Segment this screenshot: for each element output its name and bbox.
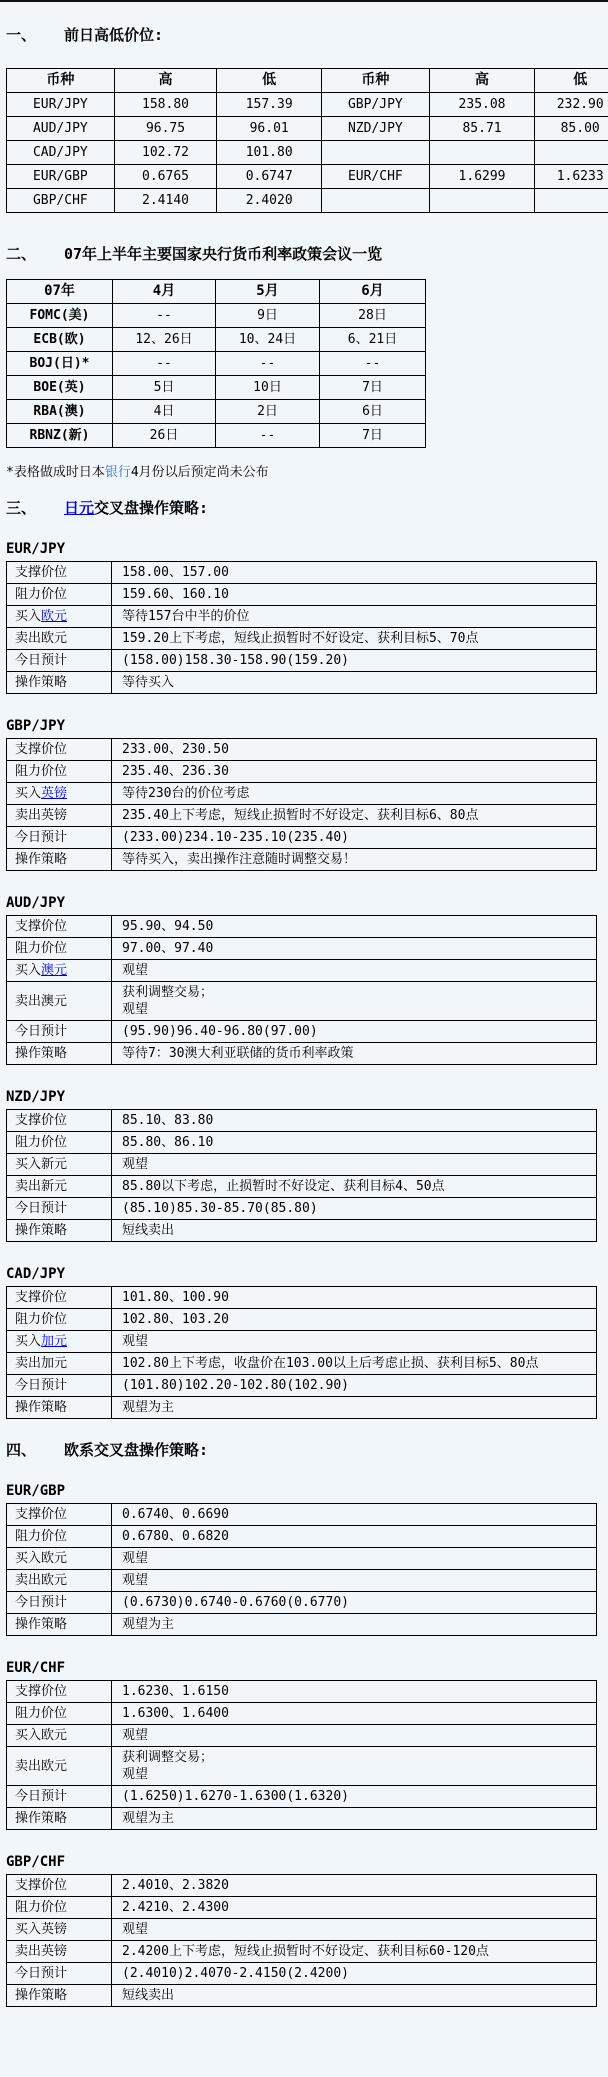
row-label: 今日预计 bbox=[7, 1963, 112, 1985]
column-header: 4月 bbox=[113, 280, 216, 304]
currency-link[interactable]: 澳元 bbox=[41, 963, 67, 978]
table-cell: -- bbox=[216, 424, 320, 448]
strategy-section-eur-chf: EUR/CHF支撑价位1.6230、1.6150阻力价位1.6300、1.640… bbox=[6, 1660, 608, 1830]
row-label: 买入澳元 bbox=[7, 960, 112, 982]
row-value: 观望 bbox=[112, 1331, 597, 1353]
row-value: 85.80以下考虑，止损暂时不好设定、获利目标4、50点 bbox=[112, 1176, 597, 1198]
table-cell: 28日 bbox=[320, 304, 426, 328]
row-label: 操作策略 bbox=[7, 672, 112, 694]
header-row: 07年4月5月6月 bbox=[7, 280, 426, 304]
row-value: 观望为主 bbox=[112, 1397, 597, 1419]
row-label: 阻力价位 bbox=[7, 1703, 112, 1725]
section-number: 一、 bbox=[6, 26, 64, 44]
pair-title: GBP/CHF bbox=[6, 1854, 608, 1870]
strategy-row: 买入英镑等待230台的价位考虑 bbox=[7, 783, 597, 805]
row-label: 今日预计 bbox=[7, 1592, 112, 1614]
table-cell: ECB(欧) bbox=[7, 328, 113, 352]
row-value: 短线卖出 bbox=[112, 1220, 597, 1242]
table-cell: RBA(澳) bbox=[7, 400, 113, 424]
row-label: 操作策略 bbox=[7, 1808, 112, 1830]
row-label: 支撑价位 bbox=[7, 1681, 112, 1703]
strategy-row: 今日预计(0.6730)0.6740-0.6760(0.6770) bbox=[7, 1592, 597, 1614]
row-value: 观望 bbox=[112, 1548, 597, 1570]
strategy-row: 卖出澳元获利调整交易； 观望 bbox=[7, 982, 597, 1021]
strategy-row: 支撑价位101.80、100.90 bbox=[7, 1287, 597, 1309]
row-value: 获利调整交易； 观望 bbox=[112, 982, 597, 1021]
column-header: 07年 bbox=[7, 280, 113, 304]
strategy-row: 操作策略等待7：30澳大利亚联储的货币利率政策 bbox=[7, 1043, 597, 1065]
row-label: 支撑价位 bbox=[7, 1504, 112, 1526]
table-cell bbox=[535, 189, 608, 213]
strategy-row: 卖出新元85.80以下考虑，止损暂时不好设定、获利目标4、50点 bbox=[7, 1176, 597, 1198]
header-row: 币种高低币种高低 bbox=[7, 69, 608, 93]
table-row: GBP/CHF2.41402.4020 bbox=[7, 189, 608, 213]
row-value: 观望 bbox=[112, 1154, 597, 1176]
table-cell: 1.6299 bbox=[429, 165, 535, 189]
row-label: 卖出新元 bbox=[7, 1176, 112, 1198]
strategy-row: 买入欧元观望 bbox=[7, 1725, 597, 1747]
strategy-row: 操作策略观望为主 bbox=[7, 1614, 597, 1636]
table-row: EUR/GBP0.67650.6747EUR/CHF1.62991.6233 bbox=[7, 165, 608, 189]
row-value: (233.00)234.10-235.10(235.40) bbox=[112, 827, 597, 849]
row-value: 102.80、103.20 bbox=[112, 1309, 597, 1331]
row-value: (0.6730)0.6740-0.6760(0.6770) bbox=[112, 1592, 597, 1614]
row-value: 85.80、86.10 bbox=[112, 1132, 597, 1154]
table-cell bbox=[429, 189, 535, 213]
strategy-row: 卖出欧元观望 bbox=[7, 1570, 597, 1592]
table-row: BOE(英)5日10日7日 bbox=[7, 376, 426, 400]
table-cell: EUR/GBP bbox=[7, 165, 115, 189]
table-cell: 232.90 bbox=[535, 93, 608, 117]
section-number: 二、 bbox=[6, 245, 64, 263]
strategy-section-nzd-jpy: NZD/JPY支撑价位85.10、83.80阻力价位85.80、86.10买入新… bbox=[6, 1089, 608, 1242]
row-value: 观望为主 bbox=[112, 1808, 597, 1830]
table-cell: 96.75 bbox=[114, 117, 217, 141]
strategy-row: 今日预计(2.4010)2.4070-2.4150(2.4200) bbox=[7, 1963, 597, 1985]
row-label: 今日预计 bbox=[7, 1021, 112, 1043]
table-cell: 7日 bbox=[320, 376, 426, 400]
strategy-row: 阻力价位235.40、236.30 bbox=[7, 761, 597, 783]
section-number: 三、 bbox=[6, 499, 64, 517]
row-label: 阻力价位 bbox=[7, 1309, 112, 1331]
table-cell: 5日 bbox=[113, 376, 216, 400]
table-cell: BOJ(日)* bbox=[7, 352, 113, 376]
strategy-table: 支撑价位158.00、157.00阻力价位159.60、160.10买入欧元等待… bbox=[6, 561, 597, 694]
strategy-row: 今日预计(233.00)234.10-235.10(235.40) bbox=[7, 827, 597, 849]
table-cell: -- bbox=[113, 304, 216, 328]
strategy-row: 支撑价位1.6230、1.6150 bbox=[7, 1681, 597, 1703]
table-row: EUR/JPY158.80157.39GBP/JPY235.08232.90 bbox=[7, 93, 608, 117]
strategy-row: 阻力价位1.6300、1.6400 bbox=[7, 1703, 597, 1725]
row-value: 101.80、100.90 bbox=[112, 1287, 597, 1309]
table-cell: -- bbox=[320, 352, 426, 376]
column-header: 低 bbox=[217, 69, 322, 93]
strategy-table-body: 支撑价位101.80、100.90阻力价位102.80、103.20买入加元观望… bbox=[7, 1287, 597, 1419]
strategy-row: 今日预计(1.6250)1.6270-1.6300(1.6320) bbox=[7, 1786, 597, 1808]
table-row: CAD/JPY102.72101.80 bbox=[7, 141, 608, 165]
row-value: 观望 bbox=[112, 1725, 597, 1747]
section-title-prev-high-low: 一、前日高低价位: bbox=[6, 26, 608, 44]
column-header: 币种 bbox=[322, 69, 430, 93]
row-value: 158.00、157.00 bbox=[112, 562, 597, 584]
strategy-row: 阻力价位97.00、97.40 bbox=[7, 938, 597, 960]
row-value: 2.4200上下考虑，短线止损暂时不好设定、获利目标60-120点 bbox=[112, 1941, 597, 1963]
strategy-row: 操作策略等待买入，卖出操作注意随时调整交易！ bbox=[7, 849, 597, 871]
column-header: 币种 bbox=[7, 69, 115, 93]
row-value: 等待买入，卖出操作注意随时调整交易！ bbox=[112, 849, 597, 871]
strategy-row: 操作策略观望为主 bbox=[7, 1397, 597, 1419]
table-cell: RBNZ(新) bbox=[7, 424, 113, 448]
row-label: 今日预计 bbox=[7, 1786, 112, 1808]
pair-title: EUR/JPY bbox=[6, 541, 608, 557]
row-value: 短线卖出 bbox=[112, 1985, 597, 2007]
row-value: 159.20上下考虑，短线止损暂时不好设定、获利目标5、70点 bbox=[112, 628, 597, 650]
strategy-table: 支撑价位85.10、83.80阻力价位85.80、86.10买入新元观望卖出新元… bbox=[6, 1109, 597, 1242]
strategy-row: 支撑价位95.90、94.50 bbox=[7, 916, 597, 938]
row-value: 235.40上下考虑，短线止损暂时不好设定、获利目标6、80点 bbox=[112, 805, 597, 827]
strategy-table-body: 支撑价位2.4010、2.3820阻力价位2.4210、2.4300买入英镑观望… bbox=[7, 1875, 597, 2007]
row-value: (158.00)158.30-158.90(159.20) bbox=[112, 650, 597, 672]
strategy-row: 阻力价位85.80、86.10 bbox=[7, 1132, 597, 1154]
strategy-row: 买入欧元观望 bbox=[7, 1548, 597, 1570]
row-label: 卖出欧元 bbox=[7, 628, 112, 650]
table-cell: 4日 bbox=[113, 400, 216, 424]
table-cell: EUR/JPY bbox=[7, 93, 115, 117]
note-suffix: 4月份以后预定尚未公布 bbox=[131, 465, 269, 480]
row-value: (101.80)102.20-102.80(102.90) bbox=[112, 1375, 597, 1397]
row-label: 买入新元 bbox=[7, 1154, 112, 1176]
row-label: 操作策略 bbox=[7, 1985, 112, 2007]
row-label: 阻力价位 bbox=[7, 1132, 112, 1154]
row-value: 1.6230、1.6150 bbox=[112, 1681, 597, 1703]
boj-note: *表格做成时日本银行4月份以后预定尚未公布 bbox=[6, 464, 608, 481]
strategy-row: 操作策略等待买入 bbox=[7, 672, 597, 694]
forex-daily-report: 一、前日高低价位: 币种高低币种高低EUR/JPY158.80157.39GBP… bbox=[0, 2, 608, 2007]
table-cell bbox=[322, 189, 430, 213]
row-label: 买入欧元 bbox=[7, 1725, 112, 1747]
strategy-table-body: 支撑价位158.00、157.00阻力价位159.60、160.10买入欧元等待… bbox=[7, 562, 597, 694]
table-cell: 85.00 bbox=[535, 117, 608, 141]
table-cell: 102.72 bbox=[114, 141, 217, 165]
strategy-table: 支撑价位95.90、94.50阻力价位97.00、97.40买入澳元观望卖出澳元… bbox=[6, 915, 597, 1065]
strategy-table-body: 支撑价位233.00、230.50阻力价位235.40、236.30买入英镑等待… bbox=[7, 739, 597, 871]
column-header: 5月 bbox=[216, 280, 320, 304]
row-value: 等待7：30澳大利亚联储的货币利率政策 bbox=[112, 1043, 597, 1065]
table-cell: -- bbox=[216, 352, 320, 376]
strategy-table-body: 支撑价位1.6230、1.6150阻力价位1.6300、1.6400买入欧元观望… bbox=[7, 1681, 597, 1830]
row-value: 等待买入 bbox=[112, 672, 597, 694]
row-label: 操作策略 bbox=[7, 1614, 112, 1636]
strategy-table: 支撑价位2.4010、2.3820阻力价位2.4210、2.4300买入英镑观望… bbox=[6, 1874, 597, 2007]
strategy-section-cad-jpy: CAD/JPY支撑价位101.80、100.90阻力价位102.80、103.2… bbox=[6, 1266, 608, 1419]
section-title-cb-meetings: 二、07年上半年主要国家央行货币利率政策会议一览 bbox=[6, 245, 608, 263]
row-label: 支撑价位 bbox=[7, 1110, 112, 1132]
table-cell: 26日 bbox=[113, 424, 216, 448]
currency-link[interactable]: 加元 bbox=[41, 1334, 67, 1349]
pair-title: NZD/JPY bbox=[6, 1089, 608, 1105]
row-label: 买入欧元 bbox=[7, 1548, 112, 1570]
strategy-row: 支撑价位85.10、83.80 bbox=[7, 1110, 597, 1132]
table-cell: 2.4020 bbox=[217, 189, 322, 213]
strategy-row: 今日预计(158.00)158.30-158.90(159.20) bbox=[7, 650, 597, 672]
bank-link[interactable]: 银行 bbox=[105, 465, 131, 480]
strategy-row: 卖出英镑235.40上下考虑，短线止损暂时不好设定、获利目标6、80点 bbox=[7, 805, 597, 827]
table-cell: BOE(英) bbox=[7, 376, 113, 400]
row-label: 支撑价位 bbox=[7, 562, 112, 584]
column-header: 6月 bbox=[320, 280, 426, 304]
row-label: 今日预计 bbox=[7, 650, 112, 672]
table-cell: 85.71 bbox=[429, 117, 535, 141]
strategy-row: 买入加元观望 bbox=[7, 1331, 597, 1353]
row-label: 操作策略 bbox=[7, 1220, 112, 1242]
strategy-row: 阻力价位102.80、103.20 bbox=[7, 1309, 597, 1331]
table-cell: 235.08 bbox=[429, 93, 535, 117]
strategy-row: 操作策略观望为主 bbox=[7, 1808, 597, 1830]
table-cell: 2日 bbox=[216, 400, 320, 424]
strategy-row: 支撑价位233.00、230.50 bbox=[7, 739, 597, 761]
row-value: 85.10、83.80 bbox=[112, 1110, 597, 1132]
row-value: 0.6780、0.6820 bbox=[112, 1526, 597, 1548]
strategy-row: 买入英镑观望 bbox=[7, 1919, 597, 1941]
section-title-text: 交叉盘操作策略: bbox=[94, 499, 208, 517]
strategy-row: 卖出加元102.80上下考虑，收盘价在103.00以上后考虑止损、获利目标5、8… bbox=[7, 1353, 597, 1375]
row-label: 阻力价位 bbox=[7, 1526, 112, 1548]
section-title-text: 07年上半年主要国家央行货币利率政策会议一览 bbox=[64, 245, 382, 263]
strategy-section-eur-gbp: EUR/GBP支撑价位0.6740、0.6690阻力价位0.6780、0.682… bbox=[6, 1483, 608, 1636]
row-value: 235.40、236.30 bbox=[112, 761, 597, 783]
pair-title: GBP/JPY bbox=[6, 718, 608, 734]
row-label: 支撑价位 bbox=[7, 1287, 112, 1309]
row-value: 159.60、160.10 bbox=[112, 584, 597, 606]
table-cell: 1.6233 bbox=[535, 165, 608, 189]
table-cell: GBP/JPY bbox=[322, 93, 430, 117]
pair-title: EUR/GBP bbox=[6, 1483, 608, 1499]
strategy-section-gbp-jpy: GBP/JPY支撑价位233.00、230.50阻力价位235.40、236.3… bbox=[6, 718, 608, 871]
table-cell bbox=[429, 141, 535, 165]
table-row: RBNZ(新)26日--7日 bbox=[7, 424, 426, 448]
row-value: 观望为主 bbox=[112, 1614, 597, 1636]
row-value: 233.00、230.50 bbox=[112, 739, 597, 761]
strategy-row: 阻力价位159.60、160.10 bbox=[7, 584, 597, 606]
pair-title: EUR/CHF bbox=[6, 1660, 608, 1676]
row-label: 买入加元 bbox=[7, 1331, 112, 1353]
table-cell: NZD/JPY bbox=[322, 117, 430, 141]
row-value: 等待230台的价位考虑 bbox=[112, 783, 597, 805]
row-label: 支撑价位 bbox=[7, 739, 112, 761]
row-value: 等待157台中半的价位 bbox=[112, 606, 597, 628]
table-cell: 10日 bbox=[216, 376, 320, 400]
row-value: 1.6300、1.6400 bbox=[112, 1703, 597, 1725]
row-label: 买入欧元 bbox=[7, 606, 112, 628]
column-header: 高 bbox=[114, 69, 217, 93]
row-value: 0.6740、0.6690 bbox=[112, 1504, 597, 1526]
price-table-body: 币种高低币种高低EUR/JPY158.80157.39GBP/JPY235.08… bbox=[7, 69, 608, 213]
section-number: 四、 bbox=[6, 1441, 64, 1459]
strategy-row: 卖出英镑2.4200上下考虑，短线止损暂时不好设定、获利目标60-120点 bbox=[7, 1941, 597, 1963]
table-row: FOMC(美)--9日28日 bbox=[7, 304, 426, 328]
pair-title: AUD/JPY bbox=[6, 895, 608, 911]
table-cell: FOMC(美) bbox=[7, 304, 113, 328]
table-row: ECB(欧)12、26日10、24日6、21日 bbox=[7, 328, 426, 352]
row-value: 观望 bbox=[112, 960, 597, 982]
strategy-row: 支撑价位2.4010、2.3820 bbox=[7, 1875, 597, 1897]
row-label: 操作策略 bbox=[7, 1397, 112, 1419]
table-cell: 0.6747 bbox=[217, 165, 322, 189]
table-cell: EUR/CHF bbox=[322, 165, 430, 189]
strategy-table-body: 支撑价位85.10、83.80阻力价位85.80、86.10买入新元观望卖出新元… bbox=[7, 1110, 597, 1242]
row-value: (1.6250)1.6270-1.6300(1.6320) bbox=[112, 1786, 597, 1808]
row-label: 卖出英镑 bbox=[7, 1941, 112, 1963]
table-cell: -- bbox=[113, 352, 216, 376]
section-title-eur-cross: 四、欧系交叉盘操作策略: bbox=[6, 1441, 608, 1459]
strategy-row: 卖出欧元获利调整交易； 观望 bbox=[7, 1747, 597, 1786]
row-label: 支撑价位 bbox=[7, 1875, 112, 1897]
strategy-row: 阻力价位2.4210、2.4300 bbox=[7, 1897, 597, 1919]
table-cell: 0.6765 bbox=[114, 165, 217, 189]
row-label: 操作策略 bbox=[7, 1043, 112, 1065]
table-cell: 101.80 bbox=[217, 141, 322, 165]
strategy-row: 阻力价位0.6780、0.6820 bbox=[7, 1526, 597, 1548]
table-cell: 158.80 bbox=[114, 93, 217, 117]
row-label: 买入英镑 bbox=[7, 1919, 112, 1941]
table-cell: 96.01 bbox=[217, 117, 322, 141]
row-value: 观望 bbox=[112, 1919, 597, 1941]
row-value: 获利调整交易； 观望 bbox=[112, 1747, 597, 1786]
meeting-table-body: 07年4月5月6月FOMC(美)--9日28日ECB(欧)12、26日10、24… bbox=[7, 280, 426, 448]
row-value: 2.4010、2.3820 bbox=[112, 1875, 597, 1897]
row-value: 97.00、97.40 bbox=[112, 938, 597, 960]
strategy-table-body: 支撑价位95.90、94.50阻力价位97.00、97.40买入澳元观望卖出澳元… bbox=[7, 916, 597, 1065]
strategy-row: 买入新元观望 bbox=[7, 1154, 597, 1176]
row-label: 卖出欧元 bbox=[7, 1570, 112, 1592]
table-cell: 157.39 bbox=[217, 93, 322, 117]
strategy-table: 支撑价位1.6230、1.6150阻力价位1.6300、1.6400买入欧元观望… bbox=[6, 1680, 597, 1830]
row-label: 买入英镑 bbox=[7, 783, 112, 805]
section-title-text: 欧系交叉盘操作策略: bbox=[64, 1441, 208, 1459]
price-table-wrap: 币种高低币种高低EUR/JPY158.80157.39GBP/JPY235.08… bbox=[6, 68, 608, 213]
table-row: RBA(澳)4日2日6日 bbox=[7, 400, 426, 424]
row-label: 卖出澳元 bbox=[7, 982, 112, 1021]
strategy-row: 今日预计(85.10)85.30-85.70(85.80) bbox=[7, 1198, 597, 1220]
table-row: AUD/JPY96.7596.01NZD/JPY85.7185.00 bbox=[7, 117, 608, 141]
strategy-row: 今日预计(101.80)102.20-102.80(102.90) bbox=[7, 1375, 597, 1397]
currency-link[interactable]: 欧元 bbox=[41, 609, 67, 624]
strategy-row: 操作策略短线卖出 bbox=[7, 1220, 597, 1242]
strategy-table-body: 支撑价位0.6740、0.6690阻力价位0.6780、0.6820买入欧元观望… bbox=[7, 1504, 597, 1636]
row-label: 今日预计 bbox=[7, 827, 112, 849]
table-cell: 2.4140 bbox=[114, 189, 217, 213]
row-label: 阻力价位 bbox=[7, 584, 112, 606]
jpy-strategy-list: EUR/JPY支撑价位158.00、157.00阻力价位159.60、160.1… bbox=[6, 541, 608, 1419]
section-title-jpy-cross: 三、日元交叉盘操作策略: bbox=[6, 499, 608, 517]
table-cell: 12、26日 bbox=[113, 328, 216, 352]
eur-strategy-list: EUR/GBP支撑价位0.6740、0.6690阻力价位0.6780、0.682… bbox=[6, 1483, 608, 2007]
row-label: 阻力价位 bbox=[7, 761, 112, 783]
strategy-row: 买入欧元等待157台中半的价位 bbox=[7, 606, 597, 628]
table-cell: 9日 bbox=[216, 304, 320, 328]
jpy-link[interactable]: 日元 bbox=[64, 499, 94, 517]
row-value: 2.4210、2.4300 bbox=[112, 1897, 597, 1919]
row-value: 102.80上下考虑，收盘价在103.00以上后考虑止损、获利目标5、80点 bbox=[112, 1353, 597, 1375]
strategy-section-aud-jpy: AUD/JPY支撑价位95.90、94.50阻力价位97.00、97.40买入澳… bbox=[6, 895, 608, 1065]
pair-title: CAD/JPY bbox=[6, 1266, 608, 1282]
price-table: 币种高低币种高低EUR/JPY158.80157.39GBP/JPY235.08… bbox=[6, 68, 608, 213]
table-cell: AUD/JPY bbox=[7, 117, 115, 141]
row-label: 卖出加元 bbox=[7, 1353, 112, 1375]
section-title-text: 前日高低价位: bbox=[64, 26, 163, 44]
row-label: 阻力价位 bbox=[7, 938, 112, 960]
table-cell: 6、21日 bbox=[320, 328, 426, 352]
table-cell bbox=[535, 141, 608, 165]
table-cell: 6日 bbox=[320, 400, 426, 424]
strategy-row: 操作策略短线卖出 bbox=[7, 1985, 597, 2007]
column-header: 低 bbox=[535, 69, 608, 93]
table-cell: 7日 bbox=[320, 424, 426, 448]
row-label: 卖出英镑 bbox=[7, 805, 112, 827]
currency-link[interactable]: 英镑 bbox=[41, 786, 67, 801]
row-value: 95.90、94.50 bbox=[112, 916, 597, 938]
row-label: 阻力价位 bbox=[7, 1897, 112, 1919]
row-label: 支撑价位 bbox=[7, 916, 112, 938]
note-prefix: *表格做成时日本 bbox=[6, 465, 105, 480]
table-cell: 10、24日 bbox=[216, 328, 320, 352]
strategy-table: 支撑价位233.00、230.50阻力价位235.40、236.30买入英镑等待… bbox=[6, 738, 597, 871]
row-value: (95.90)96.40-96.80(97.00) bbox=[112, 1021, 597, 1043]
meeting-table: 07年4月5月6月FOMC(美)--9日28日ECB(欧)12、26日10、24… bbox=[6, 279, 426, 448]
strategy-row: 卖出欧元159.20上下考虑，短线止损暂时不好设定、获利目标5、70点 bbox=[7, 628, 597, 650]
row-value: (85.10)85.30-85.70(85.80) bbox=[112, 1198, 597, 1220]
strategy-row: 支撑价位0.6740、0.6690 bbox=[7, 1504, 597, 1526]
table-row: BOJ(日)*------ bbox=[7, 352, 426, 376]
strategy-section-gbp-chf: GBP/CHF支撑价位2.4010、2.3820阻力价位2.4210、2.430… bbox=[6, 1854, 608, 2007]
strategy-row: 买入澳元观望 bbox=[7, 960, 597, 982]
row-value: (2.4010)2.4070-2.4150(2.4200) bbox=[112, 1963, 597, 1985]
row-label: 操作策略 bbox=[7, 849, 112, 871]
row-value: 观望 bbox=[112, 1570, 597, 1592]
strategy-section-eur-jpy: EUR/JPY支撑价位158.00、157.00阻力价位159.60、160.1… bbox=[6, 541, 608, 694]
column-header: 高 bbox=[429, 69, 535, 93]
table-cell: GBP/CHF bbox=[7, 189, 115, 213]
row-label: 今日预计 bbox=[7, 1198, 112, 1220]
table-cell: CAD/JPY bbox=[7, 141, 115, 165]
strategy-table: 支撑价位101.80、100.90阻力价位102.80、103.20买入加元观望… bbox=[6, 1286, 597, 1419]
table-cell bbox=[322, 141, 430, 165]
row-label: 卖出欧元 bbox=[7, 1747, 112, 1786]
strategy-table: 支撑价位0.6740、0.6690阻力价位0.6780、0.6820买入欧元观望… bbox=[6, 1503, 597, 1636]
strategy-row: 支撑价位158.00、157.00 bbox=[7, 562, 597, 584]
strategy-row: 今日预计(95.90)96.40-96.80(97.00) bbox=[7, 1021, 597, 1043]
row-label: 今日预计 bbox=[7, 1375, 112, 1397]
